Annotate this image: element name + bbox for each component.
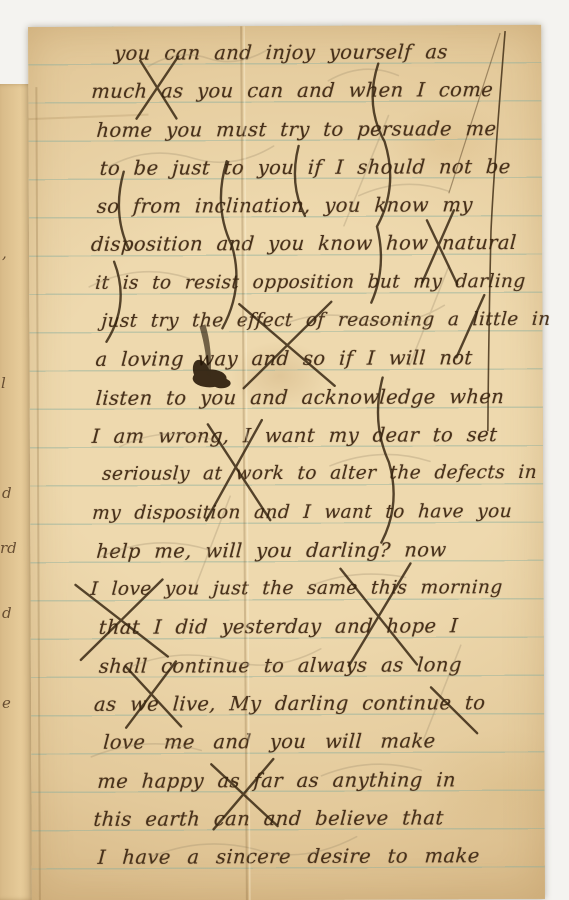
- handwriting-line: I am wrong, I want my dear to set: [91, 416, 545, 456]
- handwriting-line: my disposition and I want to have you: [91, 492, 545, 532]
- handwriting-line: as we live, My darling continue to: [93, 684, 546, 724]
- edge-writing-fragment: d: [2, 484, 12, 502]
- handwriting-line: disposition and you know how natural: [90, 224, 544, 264]
- edge-writing-fragment: l: [1, 374, 6, 392]
- handwriting-line: this earth can and believe that: [92, 799, 546, 839]
- handwriting-line: help me, will you darling? now: [95, 531, 545, 571]
- edge-writing-fragment: ,: [2, 244, 7, 262]
- handwriting-line: it is to resist opposition but my darlin…: [94, 263, 544, 303]
- handwriting-line: just try the effect of reasoning a littl…: [100, 301, 544, 341]
- handwriting-line: love me and you will make: [102, 722, 546, 762]
- edge-writing-fragment: e: [2, 694, 11, 712]
- letter-page: you can and injoy yourself as much as yo…: [28, 25, 545, 900]
- edge-writing-fragment: d: [2, 604, 12, 622]
- handwriting-line: seriously at work to alter the defects i…: [101, 454, 545, 494]
- handwriting-line: much as you can and when I come: [90, 71, 543, 111]
- handwriting-line: shall continue to always as long: [98, 646, 546, 686]
- handwriting-line: me happy as far as anything in: [96, 761, 546, 801]
- handwriting-line: a loving way and so if I will not: [94, 339, 544, 379]
- handwriting-line: that I did yesterday and hope I: [97, 607, 545, 647]
- edge-writing-fragment: rd: [0, 539, 17, 557]
- handwriting-line: home you must try to persuade me: [95, 109, 543, 149]
- handwriting-line: I love you just the same this morning: [89, 569, 545, 609]
- handwriting-line: so from inclination, you know my: [96, 186, 544, 226]
- handwriting-block: you can and injoy yourself as much as yo…: [86, 33, 545, 878]
- letter-scan: , l d rd d e you can and injoy yourself …: [0, 0, 569, 900]
- handwriting-line: listen to you and acknowledge when: [94, 378, 544, 418]
- handwriting-line: you can and injoy yourself as: [113, 33, 543, 73]
- handwriting-line: I have a sincere desire to make: [96, 837, 546, 877]
- handwriting-line: to be just to you if I should not be: [98, 148, 543, 188]
